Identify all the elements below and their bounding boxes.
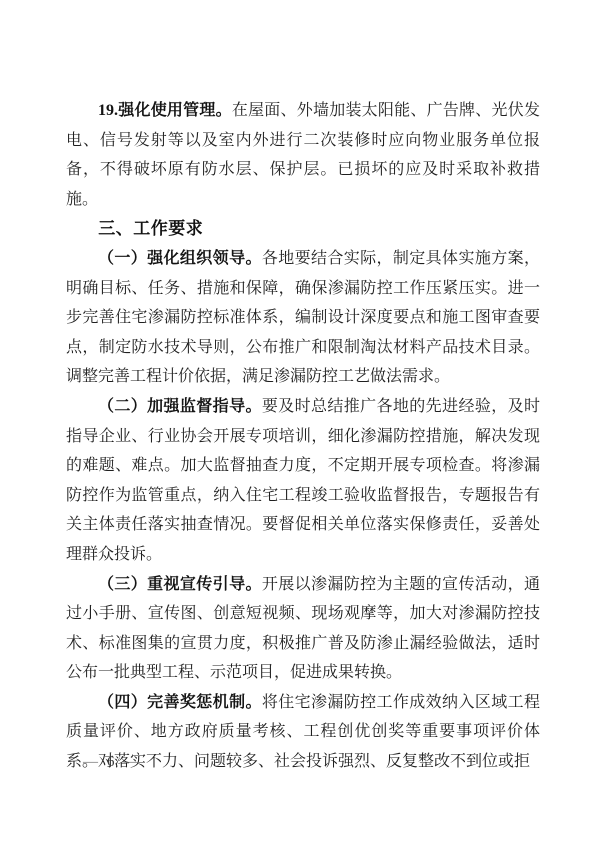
paragraph-sub-3: （三）重视宣传引导。开展以渗漏防控为主题的宣传活动，通过小手册、宣传图、创意短视… bbox=[66, 570, 540, 688]
paragraph-item-19: 19.强化使用管理。在屋面、外墙加装太阳能、广告牌、光伏发电、信号发射等以及室内… bbox=[66, 96, 540, 214]
document-body: 19.强化使用管理。在屋面、外墙加装太阳能、广告牌、光伏发电、信号发射等以及室内… bbox=[66, 96, 540, 777]
page-footer: —6— bbox=[83, 752, 139, 772]
paragraph-sub-2: （二）加强监督指导。要及时总结推广各地的先进经验，及时指导企业、行业协会开展专项… bbox=[66, 392, 540, 570]
document-page: 19.强化使用管理。在屋面、外墙加装太阳能、广告牌、光伏发电、信号发射等以及室内… bbox=[0, 0, 600, 848]
paragraph-sub-3-lead: （三）重视宣传引导。 bbox=[98, 576, 262, 593]
paragraph-item-19-lead: 19.强化使用管理。 bbox=[98, 102, 232, 119]
paragraph-sub-1-lead: （一）强化组织领导。 bbox=[98, 250, 262, 267]
paragraph-sub-2-lead: （二）加强监督指导。 bbox=[98, 398, 262, 415]
paragraph-sub-2-text: 要及时总结推广各地的先进经验，及时指导企业、行业协会开展专项培训，细化渗漏防控措… bbox=[66, 398, 540, 563]
page-number: 6 bbox=[107, 752, 115, 772]
paragraph-sub-1: （一）强化组织领导。各地要结合实际，制定具体实施方案，明确目标、任务、措施和保障… bbox=[66, 244, 540, 392]
section-heading-work-requirements: 三、工作要求 bbox=[66, 214, 540, 244]
paragraph-sub-4-lead: （四）完善奖惩机制。 bbox=[98, 694, 262, 711]
footer-left-dash: — bbox=[83, 754, 98, 770]
footer-right-dash: — bbox=[124, 754, 139, 770]
paragraph-sub-1-text: 各地要结合实际，制定具体实施方案，明确目标、任务、措施和保障，确保渗漏防控工作压… bbox=[66, 250, 540, 385]
